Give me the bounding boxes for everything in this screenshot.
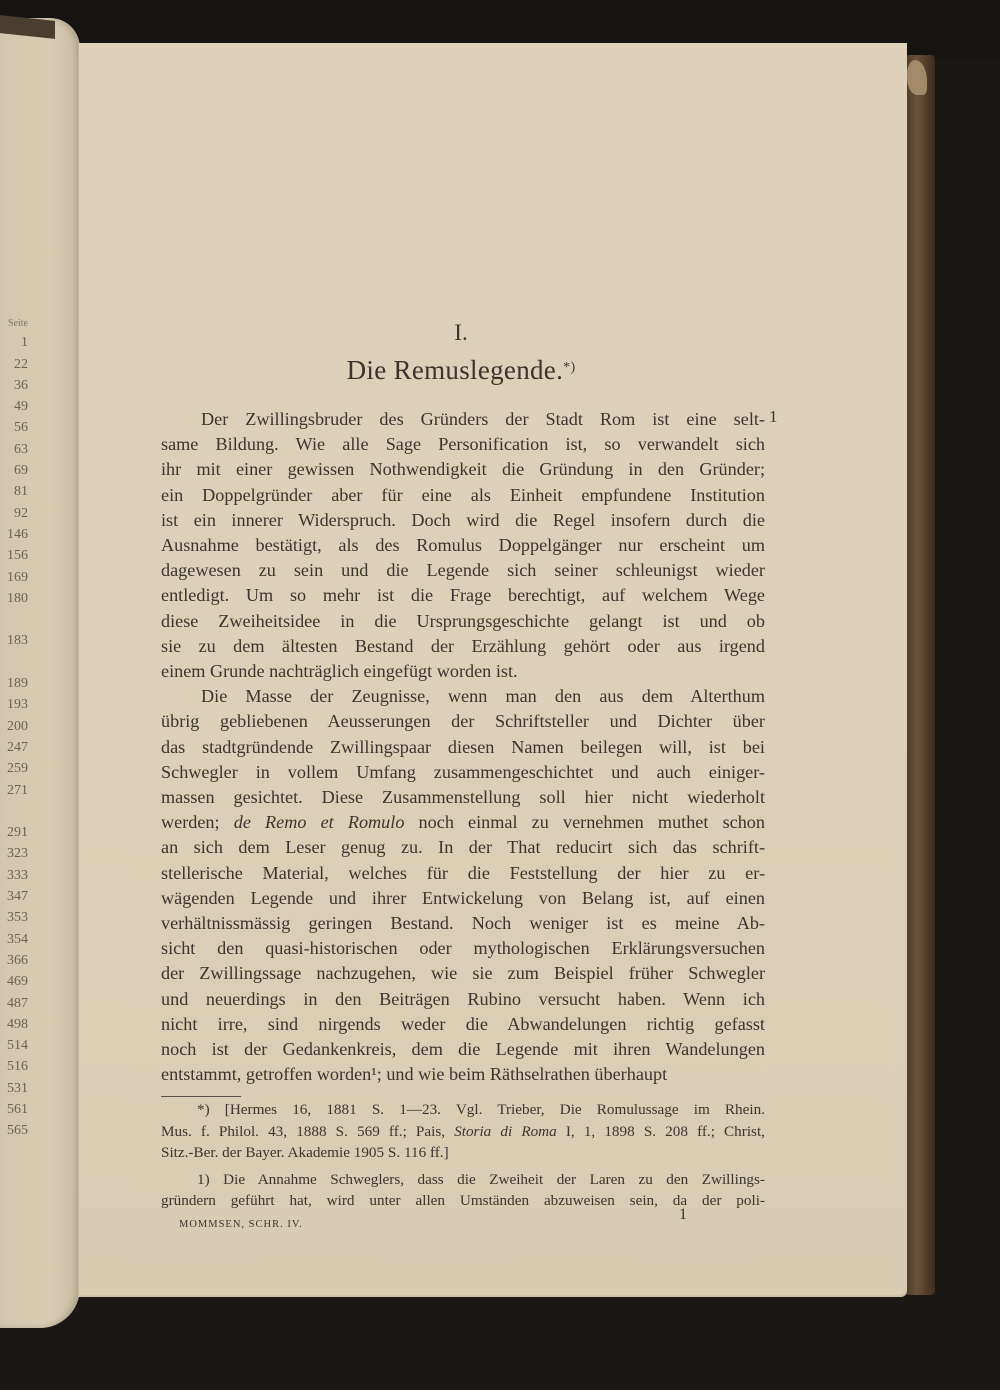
contents-gap bbox=[0, 609, 28, 630]
contents-page-number: 354 bbox=[0, 929, 28, 950]
text-line: Die Masse der Zeugnisse, wenn man den au… bbox=[161, 684, 765, 709]
book-binding-edge bbox=[905, 55, 935, 1295]
footnote: 1) Die Annahme Schweglers, dass die Zwei… bbox=[161, 1169, 765, 1212]
body-text: Der Zwillingsbruder des Gründers der Sta… bbox=[161, 407, 765, 1087]
text-line: entstammt, getroffen worden¹; und wie be… bbox=[161, 1062, 765, 1087]
contents-page-number: 247 bbox=[0, 737, 28, 758]
text-line: und neuerdings in den Beiträgen Rubino v… bbox=[161, 987, 765, 1012]
contents-page-number: 561 bbox=[0, 1099, 28, 1120]
contents-page-number: 146 bbox=[0, 524, 28, 545]
contents-page-number: 63 bbox=[0, 439, 28, 460]
paragraph: Der Zwillingsbruder des Gründers der Sta… bbox=[161, 407, 765, 684]
chapter-number: I. bbox=[161, 320, 761, 346]
contents-page-number: 81 bbox=[0, 481, 28, 502]
text-line: das stadtgründende Zwillingspaar diesen … bbox=[161, 735, 765, 760]
contents-page-number: 347 bbox=[0, 886, 28, 907]
chapter-title: Die Remuslegende.*) bbox=[161, 355, 761, 386]
contents-page-number: 271 bbox=[0, 780, 28, 801]
contents-page-number: 156 bbox=[0, 545, 28, 566]
contents-page-number: 36 bbox=[0, 375, 28, 396]
contents-page-number: 183 bbox=[0, 630, 28, 651]
left-cover-corner bbox=[0, 15, 55, 39]
text-line: Ausnahme bestätigt, als des Romulus Dopp… bbox=[161, 533, 765, 558]
contents-page-number: 333 bbox=[0, 865, 28, 886]
footnote-line: *) [Hermes 16, 1881 S. 1—23. Vgl. Triebe… bbox=[161, 1099, 765, 1121]
text-line: an sich dem Leser genug zu. In der That … bbox=[161, 835, 765, 860]
paragraph: Die Masse der Zeugnisse, wenn man den au… bbox=[161, 684, 765, 1087]
contents-page-number: 193 bbox=[0, 694, 28, 715]
footnote-rule bbox=[161, 1096, 241, 1097]
text-line: ein Doppelgründer aber für eine als Einh… bbox=[161, 483, 765, 508]
contents-page-number: 56 bbox=[0, 417, 28, 438]
contents-page-numbers: Seite 1223649566369819214615616918018318… bbox=[0, 313, 28, 1142]
text-line: massen gesichtet. Diese Zusammenstellung… bbox=[161, 785, 765, 810]
footnote-line: Mus. f. Philol. 43, 1888 S. 569 ff.; Pai… bbox=[161, 1121, 765, 1143]
chapter-title-text: Die Remuslegende. bbox=[347, 355, 564, 385]
contents-header: Seite bbox=[0, 313, 28, 334]
footnote-line: gründern geführt hat, wird unter allen U… bbox=[161, 1190, 765, 1212]
binding-fray bbox=[907, 60, 927, 95]
contents-page-number: 323 bbox=[0, 843, 28, 864]
footnotes: *) [Hermes 16, 1881 S. 1—23. Vgl. Triebe… bbox=[161, 1099, 765, 1212]
chapter-title-footnote-mark: *) bbox=[563, 360, 575, 375]
sheet-number: 1 bbox=[679, 1206, 687, 1224]
contents-page-number: 189 bbox=[0, 673, 28, 694]
text-line: diese Zweiheitsidee in die Ursprungsgesc… bbox=[161, 609, 765, 634]
text-line: sie zu dem ältesten Bestand der Erzählun… bbox=[161, 634, 765, 659]
text-line: ihr mit einer gewissen Nothwendigkeit di… bbox=[161, 457, 765, 482]
contents-page-number: 259 bbox=[0, 758, 28, 779]
contents-page-number: 531 bbox=[0, 1078, 28, 1099]
text-line: noch ist der Gedankenkreis, dem die Lege… bbox=[161, 1037, 765, 1062]
contents-page-number: 514 bbox=[0, 1035, 28, 1056]
text-line: dagewesen zu sein und die Legende sich s… bbox=[161, 558, 765, 583]
contents-page-number: 353 bbox=[0, 907, 28, 928]
text-line: nicht irre, sind nirgends weder die Abwa… bbox=[161, 1012, 765, 1037]
book-page: I. Die Remuslegende.*) Der Zwillingsbrud… bbox=[78, 43, 907, 1295]
text-line: wägenden Legende und ihrer Entwickelung … bbox=[161, 886, 765, 911]
text-line: entledigt. Um so mehr ist die Frage bere… bbox=[161, 583, 765, 608]
text-line: werden; de Remo et Romulo noch einmal zu… bbox=[161, 810, 765, 835]
footnote-line: 1) Die Annahme Schweglers, dass die Zwei… bbox=[161, 1169, 765, 1191]
contents-page-number: 1 bbox=[0, 332, 28, 353]
text-line: Der Zwillingsbruder des Gründers der Sta… bbox=[161, 407, 765, 432]
text-line: stellerische Material, welches für die F… bbox=[161, 861, 765, 886]
contents-page-number: 469 bbox=[0, 971, 28, 992]
footnote-line: Sitz.-Ber. der Bayer. Akademie 1905 S. 1… bbox=[161, 1142, 765, 1164]
contents-page-number: 180 bbox=[0, 588, 28, 609]
contents-page-number: 49 bbox=[0, 396, 28, 417]
contents-page-number: 291 bbox=[0, 822, 28, 843]
text-line: verhältnissmässig geringen Bestand. Noch… bbox=[161, 911, 765, 936]
margin-page-reference: 1 bbox=[769, 407, 778, 427]
text-line: sicht den quasi-historischen oder mythol… bbox=[161, 936, 765, 961]
contents-page-number: 169 bbox=[0, 567, 28, 588]
contents-page-number: 200 bbox=[0, 716, 28, 737]
contents-page-number: 565 bbox=[0, 1120, 28, 1141]
contents-page-number: 498 bbox=[0, 1014, 28, 1035]
contents-page-number: 69 bbox=[0, 460, 28, 481]
text-line: Schwegler in vollem Umfang zusammengesch… bbox=[161, 760, 765, 785]
contents-page-number: 487 bbox=[0, 993, 28, 1014]
contents-gap bbox=[0, 801, 28, 822]
italic-title: Storia di Roma bbox=[454, 1123, 557, 1140]
printer-signature: MOMMSEN, SCHR. IV. bbox=[179, 1219, 303, 1230]
contents-page-number: 92 bbox=[0, 503, 28, 524]
contents-gap bbox=[0, 652, 28, 673]
text-line: ist ein innerer Widerspruch. Doch wird d… bbox=[161, 508, 765, 533]
footnote: *) [Hermes 16, 1881 S. 1—23. Vgl. Triebe… bbox=[161, 1099, 765, 1164]
text-line: übrig gebliebenen Aeusserungen der Schri… bbox=[161, 709, 765, 734]
contents-page-number: 22 bbox=[0, 354, 28, 375]
contents-page-number: 366 bbox=[0, 950, 28, 971]
text-line: same Bildung. Wie alle Sage Personificat… bbox=[161, 432, 765, 457]
left-facing-page: Seite 1223649566369819214615616918018318… bbox=[0, 18, 80, 1328]
text-line: einem Grunde nachträglich eingefügt word… bbox=[161, 659, 765, 684]
contents-page-number: 516 bbox=[0, 1056, 28, 1077]
italic-title: de Remo et Romulo bbox=[234, 812, 405, 832]
text-line: der Zwillingssage nachzugehen, wie sie z… bbox=[161, 961, 765, 986]
